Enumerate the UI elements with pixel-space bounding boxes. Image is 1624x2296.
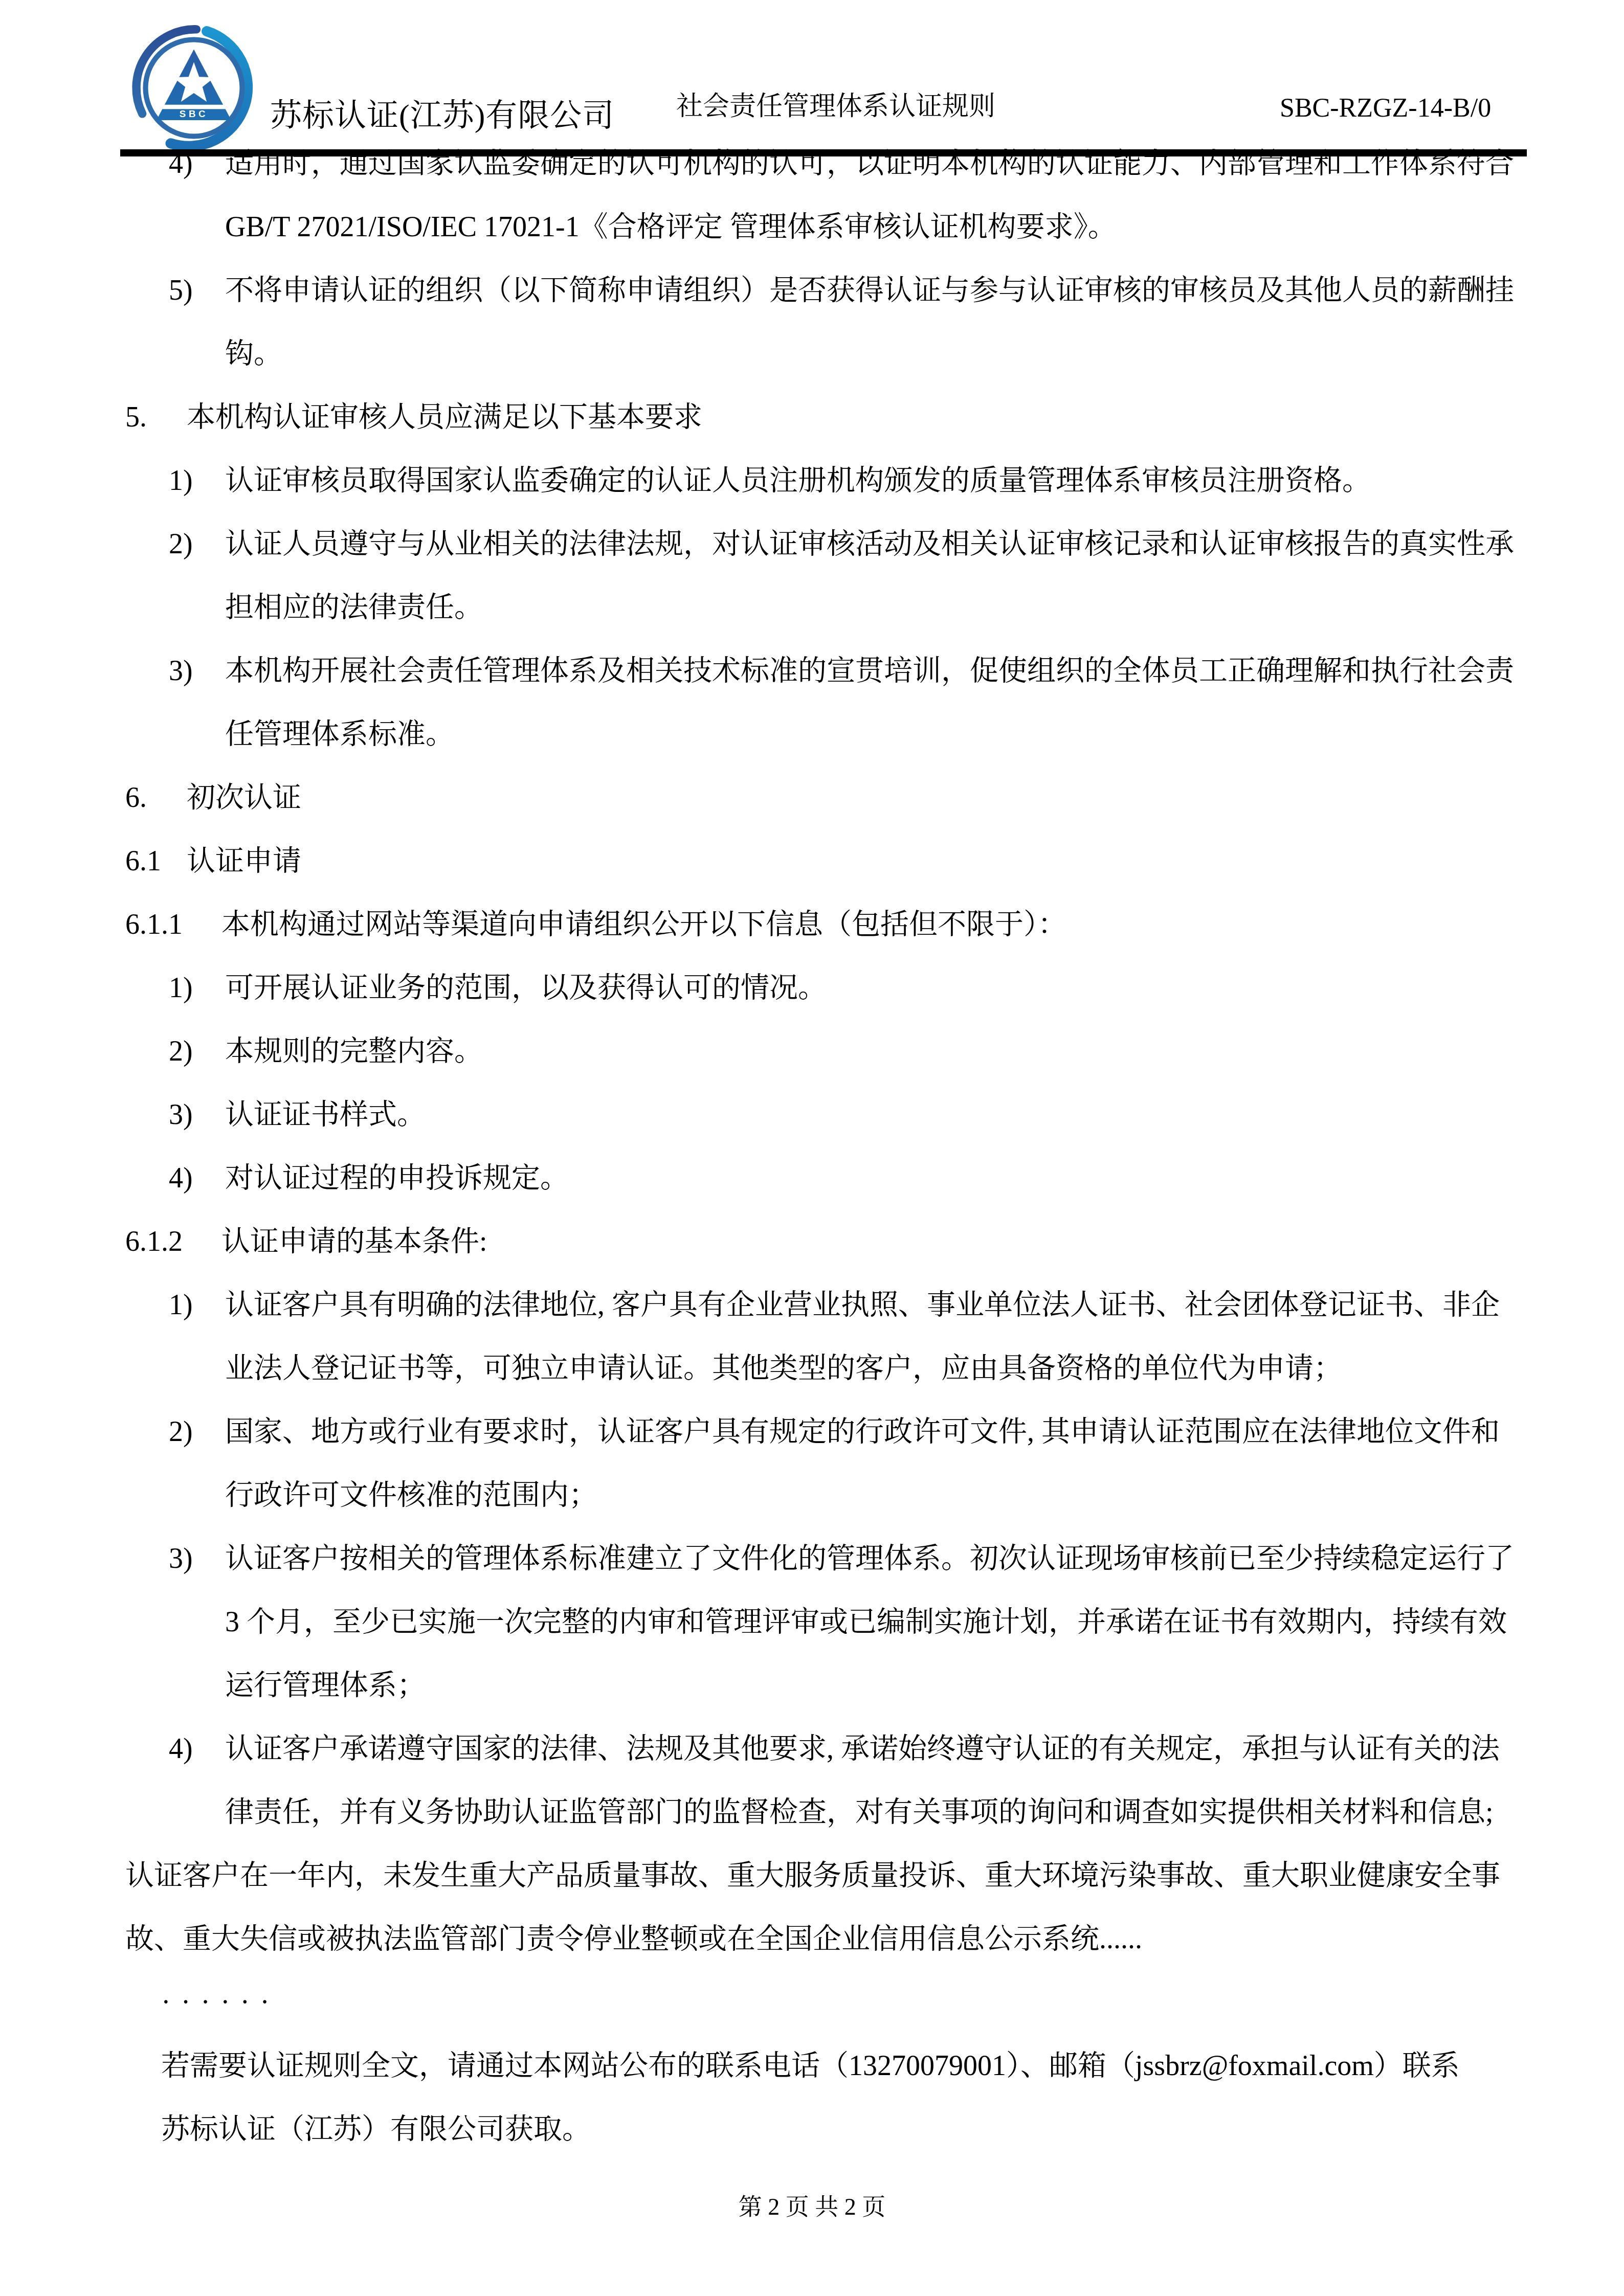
document-line: 故、重大失信或被执法监管部门责令停业整顿或在全国企业信用信息公示系统...... (0, 1907, 1624, 1971)
list-marker: 6.1 (125, 829, 187, 893)
line-text: 认证客户按相关的管理体系标准建立了文件化的管理体系。初次认证现场审核前已至少持续… (225, 1543, 1514, 1574)
document-line: 3)本机构开展社会责任管理体系及相关技术标准的宣贯培训，促使组织的全体员工正确理… (0, 639, 1624, 703)
line-text: 认证申请的基本条件: (221, 1226, 487, 1257)
document-line: 担相应的法律责任。 (0, 576, 1624, 639)
document-line: 6.初次认证 (0, 766, 1624, 829)
list-marker: 4) (169, 1146, 225, 1210)
document-line: 3 个月，至少已实施一次完整的内审和管理评审或已编制实施计划，并承诺在证书有效期… (0, 1590, 1624, 1654)
list-marker: 4) (169, 1717, 225, 1781)
line-text: 任管理体系标准。 (225, 718, 454, 750)
document-line: 认证客户在一年内，未发生重大产品质量事故、重大服务质量投诉、重大环境污染事故、重… (0, 1844, 1624, 1907)
list-marker: 1) (169, 956, 225, 1020)
document-number: SBC-RZGZ-14-B/0 (1280, 95, 1491, 122)
line-text: 行政许可文件核准的范围内； (225, 1479, 597, 1511)
list-marker: 4) (169, 132, 225, 195)
line-text: 钩。 (225, 338, 282, 370)
list-marker: 1) (169, 449, 225, 512)
page-number-label: 第 2 页 共 2 页 (739, 2194, 886, 2220)
line-text: 本机构开展社会责任管理体系及相关技术标准的宣贯培训，促使组织的全体员工正确理解和… (225, 655, 1514, 687)
document-line: 2)国家、地方或行业有要求时，认证客户具有规定的行政许可文件, 其申请认证范围应… (0, 1400, 1624, 1464)
line-text: 不将申请认证的组织（以下简称申请组织）是否获得认证与参与认证审核的审核员及其他人… (225, 275, 1514, 306)
document-line: ······ (0, 1971, 1624, 2034)
list-marker: 2) (169, 512, 225, 576)
document-line: 4)适用时，通过国家认监委确定的认可机构的认可，以证明本机构的认证能力、内部管理… (0, 132, 1624, 195)
list-marker: 6. (125, 766, 187, 829)
document-line: 苏标认证（江苏）有限公司获取。 (0, 2098, 1624, 2161)
line-text: 担相应的法律责任。 (225, 592, 483, 623)
list-marker: 5. (125, 386, 187, 449)
document-line: 4)认证客户承诺遵守国家的法律、法规及其他要求, 承诺始终遵守认证的有关规定，承… (0, 1717, 1624, 1781)
line-text: 本规则的完整内容。 (225, 1036, 483, 1067)
list-marker: 3) (169, 1083, 225, 1146)
document-line: 6.1认证申请 (0, 829, 1624, 893)
list-marker: 2) (169, 1400, 225, 1464)
line-text: 认证人员遵守与从业相关的法律法规，对认证审核活动及相关认证审核记录和认证审核报告… (225, 528, 1514, 560)
line-text: 认证客户在一年内，未发生重大产品质量事故、重大服务质量投诉、重大环境污染事故、重… (125, 1860, 1500, 1892)
document-line: 1)认证客户具有明确的法律地位, 客户具有企业营业执照、事业单位法人证书、社会团… (0, 1273, 1624, 1337)
line-text: ······ (161, 1987, 280, 2018)
document-line: GB/T 27021/ISO/IEC 17021-1《合格评定 管理体系审核认证… (0, 195, 1624, 259)
document-line: 2)本规则的完整内容。 (0, 1020, 1624, 1083)
line-text: 认证申请 (187, 845, 301, 877)
list-marker: 5) (169, 259, 225, 322)
document-line: 1)认证审核员取得国家认监委确定的认证人员注册机构颁发的质量管理体系审核员注册资… (0, 449, 1624, 512)
document-line: 3)认证证书样式。 (0, 1083, 1624, 1146)
list-marker: 6.1.2 (125, 1210, 221, 1273)
logo-sbc-text: SBC (180, 109, 209, 120)
line-text: 本机构认证审核人员应满足以下基本要求 (187, 401, 702, 433)
document-line: 2)认证人员遵守与从业相关的法律法规，对认证审核活动及相关认证审核记录和认证审核… (0, 512, 1624, 576)
document-line: 5)不将申请认证的组织（以下简称申请组织）是否获得认证与参与认证审核的审核员及其… (0, 259, 1624, 322)
line-text: GB/T 27021/ISO/IEC 17021-1《合格评定 管理体系审核认证… (225, 211, 1117, 243)
document-line: 任管理体系标准。 (0, 703, 1624, 766)
document-page: SBC 苏标认证(江苏)有限公司 社会责任管理体系认证规则 SBC-RZGZ-1… (0, 0, 1624, 2296)
document-line: 5.本机构认证审核人员应满足以下基本要求 (0, 386, 1624, 449)
line-text: 对认证过程的申投诉规定。 (225, 1162, 569, 1194)
line-text: 认证客户具有明确的法律地位, 客户具有企业营业执照、事业单位法人证书、社会团体登… (225, 1289, 1500, 1321)
line-text: 适用时，通过国家认监委确定的认可机构的认可，以证明本机构的认证能力、内部管理和工… (225, 148, 1514, 179)
line-text: 认证审核员取得国家认监委确定的认证人员注册机构颁发的质量管理体系审核员注册资格。 (225, 465, 1371, 497)
line-text: 故、重大失信或被执法监管部门责令停业整顿或在全国企业信用信息公示系统...... (125, 1923, 1142, 1955)
document-title: 社会责任管理体系认证规则 (676, 94, 995, 120)
line-text: 若需要认证规则全文，请通过本网站公布的联系电话（13270079001）、邮箱（… (161, 2050, 1460, 2082)
list-marker: 3) (169, 1527, 225, 1590)
document-line: 4)对认证过程的申投诉规定。 (0, 1146, 1624, 1210)
document-line: 若需要认证规则全文，请通过本网站公布的联系电话（13270079001）、邮箱（… (0, 2034, 1624, 2098)
document-line: 运行管理体系； (0, 1654, 1624, 1717)
document-line: 6.1.2认证申请的基本条件: (0, 1210, 1624, 1273)
line-text: 可开展认证业务的范围，以及获得认可的情况。 (225, 972, 827, 1004)
document-line: 钩。 (0, 322, 1624, 386)
list-marker: 1) (169, 1273, 225, 1337)
line-text: 运行管理体系； (225, 1670, 426, 1701)
line-text: 业法人登记证书等，可独立申请认证。其他类型的客户，应由具备资格的单位代为申请； (225, 1353, 1342, 1384)
document-body: 4)适用时，通过国家认监委确定的认可机构的认可，以证明本机构的认证能力、内部管理… (0, 132, 1624, 2161)
document-line: 业法人登记证书等，可独立申请认证。其他类型的客户，应由具备资格的单位代为申请； (0, 1337, 1624, 1400)
line-text: 认证客户承诺遵守国家的法律、法规及其他要求, 承诺始终遵守认证的有关规定，承担与… (225, 1733, 1500, 1765)
list-marker: 3) (169, 639, 225, 703)
document-line: 1)可开展认证业务的范围，以及获得认可的情况。 (0, 956, 1624, 1020)
document-line: 6.1.1本机构通过网站等渠道向申请组织公开以下信息（包括但不限于）： (0, 893, 1624, 956)
line-text: 律责任，并有义务协助认证监管部门的监督检查，对有关事项的询问和调查如实提供相关材… (225, 1796, 1494, 1828)
line-text: 认证证书样式。 (225, 1099, 426, 1131)
document-line: 行政许可文件核准的范围内； (0, 1464, 1624, 1527)
line-text: 国家、地方或行业有要求时，认证客户具有规定的行政许可文件, 其申请认证范围应在法… (225, 1416, 1500, 1448)
company-name: 苏标认证(江苏)有限公司 (270, 100, 614, 132)
line-text: 初次认证 (187, 782, 301, 814)
document-line: 律责任，并有义务协助认证监管部门的监督检查，对有关事项的询问和调查如实提供相关材… (0, 1781, 1624, 1844)
line-text: 3 个月，至少已实施一次完整的内审和管理评审或已编制实施计划，并承诺在证书有效期… (225, 1606, 1507, 1638)
line-text: 本机构通过网站等渠道向申请组织公开以下信息（包括但不限于）： (221, 909, 1066, 940)
list-marker: 6.1.1 (125, 893, 221, 956)
list-marker: 2) (169, 1020, 225, 1083)
page-footer: 第 2 页 共 2 页 (0, 2193, 1624, 2221)
document-line: 3)认证客户按相关的管理体系标准建立了文件化的管理体系。初次认证现场审核前已至少… (0, 1527, 1624, 1590)
line-text: 苏标认证（江苏）有限公司获取。 (161, 2113, 591, 2145)
